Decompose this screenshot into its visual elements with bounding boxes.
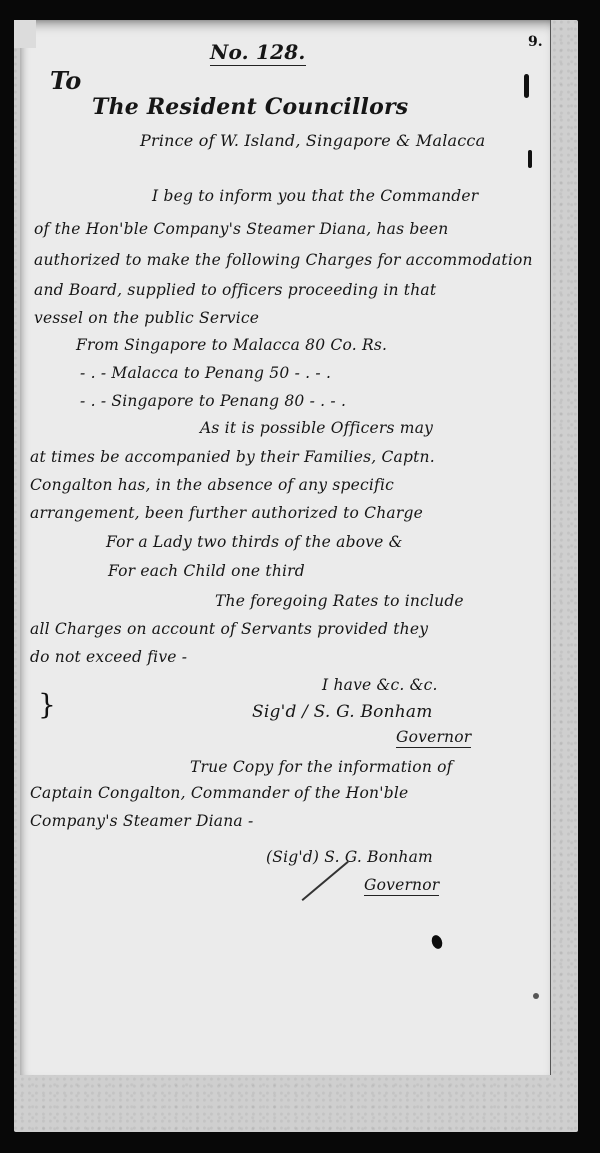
- rate-row: - . - Singapore to Penang 80 - . - .: [80, 392, 346, 410]
- ink-mark: [528, 150, 532, 168]
- rate-unit: - . - .: [295, 364, 332, 382]
- body-line: at times be accompanied by their Familie…: [30, 448, 435, 466]
- body-line: do not exceed five -: [30, 648, 187, 666]
- rate-unit: Co. Rs.: [330, 336, 387, 354]
- copy-note-line: Captain Congalton, Commander of the Hon'…: [30, 784, 408, 802]
- signature-title-text: Governor: [396, 728, 471, 748]
- copy-note-line: True Copy for the information of: [190, 758, 453, 776]
- rate-row: From Singapore to Malacca 80 Co. Rs.: [76, 336, 387, 354]
- body-line: and Board, supplied to officers proceedi…: [34, 281, 436, 299]
- closing-phrase: I have &c. &c.: [322, 676, 438, 694]
- page-corner-fold: [14, 20, 36, 48]
- ink-spot: [533, 993, 539, 999]
- rate-amount: 50: [269, 364, 289, 382]
- ink-mark: [524, 74, 529, 98]
- signature-title: Governor: [396, 728, 471, 746]
- document-number-text: No. 128.: [210, 40, 306, 66]
- body-line: For a Lady two thirds of the above &: [106, 533, 403, 551]
- rate-amount: 80: [284, 392, 304, 410]
- rate-route: - . - Malacca to Penang: [80, 364, 264, 382]
- brace-mark: }: [38, 688, 56, 721]
- body-line: I beg to inform you that the Commander: [152, 187, 478, 205]
- body-line: Congalton has, in the absence of any spe…: [30, 476, 394, 494]
- folio-number: 9.: [528, 34, 543, 50]
- addressee-line-2: Prince of W. Island, Singapore & Malacca: [140, 131, 485, 150]
- rate-row: - . - Malacca to Penang 50 - . - .: [80, 364, 331, 382]
- body-line: arrangement, been further authorized to …: [30, 504, 423, 522]
- copy-note-line: Company's Steamer Diana -: [30, 812, 253, 830]
- signature-copy: (Sig'd) S. G. Bonham: [266, 848, 433, 866]
- signature-copy-title: Governor: [364, 876, 439, 894]
- body-line: all Charges on account of Servants provi…: [30, 620, 428, 638]
- body-line: As it is possible Officers may: [200, 419, 433, 437]
- signature-copy-title-text: Governor: [364, 876, 439, 896]
- rate-route: From Singapore to Malacca: [76, 336, 300, 354]
- salutation: To: [50, 66, 82, 95]
- body-line: authorized to make the following Charges…: [34, 251, 533, 269]
- addressee-line-1: The Resident Councillors: [92, 94, 408, 120]
- rate-route: - . - Singapore to Penang: [80, 392, 279, 410]
- rate-amount: 80: [305, 336, 325, 354]
- body-line: vessel on the public Service: [34, 309, 259, 327]
- rate-unit: - . - .: [310, 392, 347, 410]
- document-number: No. 128.: [210, 40, 306, 64]
- body-line: The foregoing Rates to include: [215, 592, 464, 610]
- body-line: of the Hon'ble Company's Steamer Diana, …: [34, 220, 448, 238]
- body-line: For each Child one third: [108, 562, 305, 580]
- signature-governor: Sig'd / S. G. Bonham: [252, 702, 433, 722]
